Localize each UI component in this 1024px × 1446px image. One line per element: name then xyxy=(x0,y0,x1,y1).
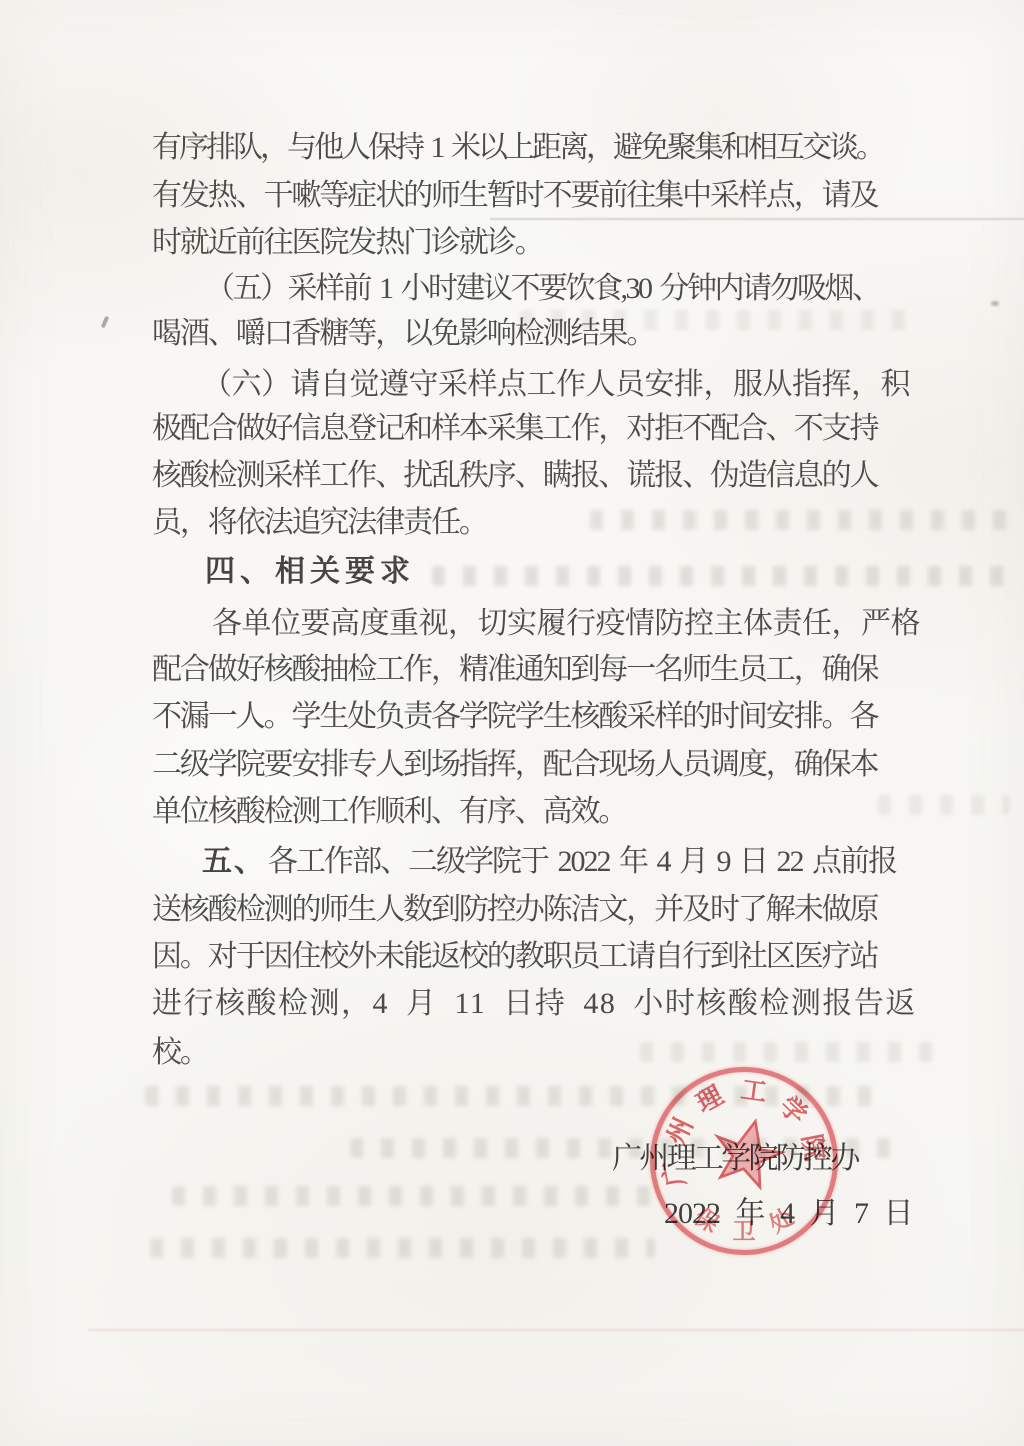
body-line: 员，将依法追究法律责任。 xyxy=(152,506,487,540)
body-line: （五）采样前 1 小时建议不要饮食,30 分钟内请勿吸烟、 xyxy=(205,272,880,306)
body-line: 各单位要高度重视，切实履行疫情防控主体责任，严格 xyxy=(212,607,920,641)
body-line: 五、各工作部、二级学院于 2022 年 4 月 9 日 22 点前报 xyxy=(202,845,896,879)
body-line: 不漏一人。学生处负责各学院学生核酸采样的时间安排。各 xyxy=(152,700,877,734)
section-heading: 四、相关要求 xyxy=(205,555,415,589)
body-line: 有序排队，与他人保持 1 米以上距离，避免聚集和相互交谈。 xyxy=(152,131,883,165)
seal-ring-char: 广 xyxy=(657,1156,692,1191)
seal-bottom-char: 卫 xyxy=(729,1216,759,1246)
scanned-notice-page: 有序排队，与他人保持 1 米以上距离，避免聚集和相互交谈。有发热、干嗽等症状的师… xyxy=(0,0,1024,1446)
body-line: 送核酸检测的师生人数到防控办陈洁文，并及时了解未做原 xyxy=(152,893,877,927)
line-number-prefix: 五、 xyxy=(202,845,266,878)
body-line: 二级学院要安排专人到场指挥，配合现场人员调度，确保本 xyxy=(152,748,877,782)
official-seal: 广州理工学院保卫处 xyxy=(650,1067,838,1255)
body-line: 因。对于因住校外未能返校的教职员工请自行到社区医疗站 xyxy=(152,940,877,974)
body-line: 单位核酸检测工作顺利、有序、高效。 xyxy=(152,795,626,829)
seal-ring-char: 工 xyxy=(737,1074,771,1108)
body-line: （六）请自觉遵守采样点工作人员安排，服从指挥，积 xyxy=(202,368,910,402)
body-line: 极配合做好信息登记和样本采集工作，对拒不配合、不支持 xyxy=(152,412,877,446)
body-line: 喝酒、嚼口香糖等，以免影响检测结果。 xyxy=(152,317,654,351)
body-line: 校。 xyxy=(152,1036,208,1070)
seal-ring-char: 院 xyxy=(796,1130,831,1165)
body-line: 进行核酸检测，4 月 11 日持 48 小时核酸检测报告返 xyxy=(152,987,917,1021)
body-line: 有发热、干嗽等症状的师生暂时不要前往集中采样点，请及 xyxy=(152,179,877,213)
body-line: 核酸检测采样工作、扰乱秩序、瞒报、谎报、伪造信息的人 xyxy=(152,459,877,493)
body-line: 配合做好核酸抽检工作，精准通知到每一名师生员工，确保 xyxy=(152,653,877,687)
body-line: 时就近前往医院发热门诊就诊。 xyxy=(152,226,543,260)
